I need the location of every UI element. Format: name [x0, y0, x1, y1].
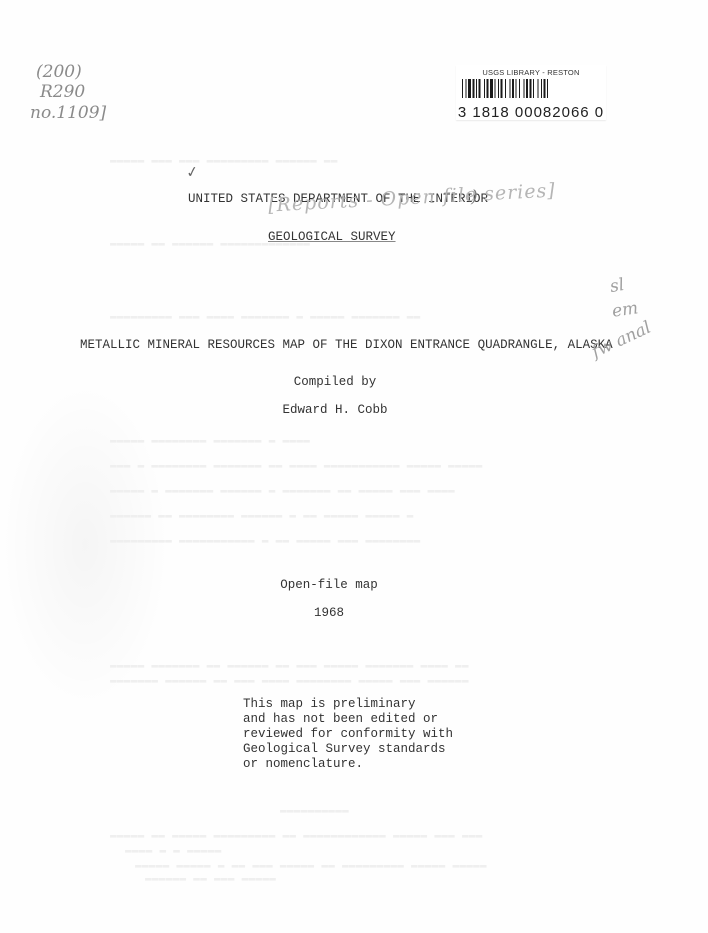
bleed-through-text: ▬▬▬▬▬▬▬▬▬ ▬▬▬▬▬▬▬▬▬▬▬ ▬ ▬▬ ▬▬▬▬▬ ▬▬▬ ▬▬▬…	[110, 535, 698, 547]
handwritten-margin-note: fw anal	[589, 318, 654, 363]
handwritten-margin-note: em	[611, 298, 640, 321]
handwritten-series-note: [Reports - Open file series]	[268, 179, 557, 216]
library-barcode-label: USGS LIBRARY - RESTON 3 1818 00082066 0	[456, 65, 606, 120]
bleed-through-text: ▬▬▬▬ ▬ ▬ ▬▬▬▬▬	[125, 845, 698, 857]
library-name: USGS LIBRARY - RESTON	[456, 68, 606, 77]
handwritten-margin-note: sl	[608, 275, 625, 297]
bleed-through-text: ▬▬▬▬▬▬▬▬▬▬	[280, 805, 698, 817]
author-name: Edward H. Cobb	[0, 403, 670, 417]
bleed-through-text: ▬▬▬▬▬ ▬ ▬▬▬▬▬▬▬ ▬▬▬▬▬▬ ▬ ▬▬▬▬▬▬▬ ▬▬ ▬▬▬▬…	[110, 485, 698, 497]
handwritten-note-line: no.1109]	[30, 103, 106, 123]
bleed-through-text: ▬▬▬▬▬ ▬▬▬▬▬ ▬ ▬▬ ▬▬▬ ▬▬▬▬▬ ▬▬ ▬▬▬▬▬▬▬▬▬ …	[135, 860, 698, 872]
handwritten-note-line: R290	[40, 82, 85, 102]
bleed-through-text: ▬▬▬▬▬ ▬▬▬ ▬▬▬ ▬▬▬▬▬▬▬▬▬ ▬▬▬▬▬▬ ▬▬	[110, 155, 698, 167]
bleed-through-text: ▬▬▬▬▬ ▬▬ ▬▬▬▬▬ ▬▬▬▬▬▬▬▬▬ ▬▬ ▬▬▬▬▬▬▬▬▬▬▬▬…	[110, 830, 698, 842]
barcode-icon	[462, 79, 600, 98]
bleed-through-text: ▬▬▬▬▬▬ ▬▬ ▬▬▬ ▬▬▬▬▬	[145, 873, 698, 885]
preliminary-notice: This map is preliminary and has not been…	[243, 697, 453, 772]
bleed-through-text: ▬▬▬▬▬ ▬▬▬▬▬▬▬ ▬▬ ▬▬▬▬▬▬ ▬▬ ▬▬▬ ▬▬▬▬▬ ▬▬▬…	[110, 660, 698, 672]
publication-type: Open-file map	[0, 578, 658, 592]
handwritten-note-line: (200)	[36, 62, 82, 82]
bleed-through-text: ▬▬▬▬▬▬▬▬▬ ▬▬▬ ▬▬▬▬ ▬▬▬▬▬▬▬ ▬ ▬▬▬▬▬ ▬▬▬▬▬…	[110, 311, 698, 323]
bleed-through-text: ▬▬▬▬▬ ▬▬▬▬▬▬▬▬ ▬▬▬▬▬▬▬ ▬ ▬▬▬▬	[110, 435, 698, 447]
barcode-number: 3 1818 00082066 0	[456, 104, 606, 121]
bleed-through-text: ▬▬▬▬▬ ▬▬ ▬▬▬▬▬▬ ▬▬▬▬▬▬▬▬▬▬▬▬▬	[110, 238, 698, 250]
bleed-through-text: ▬▬▬▬▬▬ ▬▬ ▬▬▬▬▬▬▬▬ ▬▬▬▬▬▬ ▬ ▬▬ ▬▬▬▬▬ ▬▬▬…	[110, 510, 698, 522]
bleed-through-text: ▬▬▬ ▬ ▬▬▬▬▬▬▬▬ ▬▬▬▬▬▬▬ ▬▬ ▬▬▬▬ ▬▬▬▬▬▬▬▬▬…	[110, 460, 698, 472]
document-page: ▬▬▬▬▬ ▬▬▬ ▬▬▬ ▬▬▬▬▬▬▬▬▬ ▬▬▬▬▬▬ ▬▬ ▬▬▬▬▬ …	[0, 0, 708, 933]
document-title: METALLIC MINERAL RESOURCES MAP OF THE DI…	[80, 338, 613, 352]
compiled-by-label: Compiled by	[0, 375, 670, 389]
publication-year: 1968	[0, 606, 658, 620]
bleed-through-text: ▬▬▬▬▬▬▬ ▬▬▬▬▬▬ ▬▬ ▬▬▬ ▬▬▬▬ ▬▬▬▬▬▬▬▬ ▬▬▬▬…	[110, 675, 698, 687]
agency-heading: GEOLOGICAL SURVEY	[268, 230, 396, 244]
